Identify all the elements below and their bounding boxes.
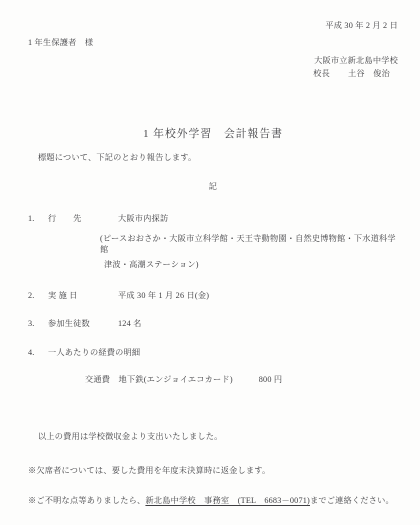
- note-contact-prefix: ※ご不明な点等ありましたら、: [28, 496, 145, 505]
- item-label: 実 施 日: [48, 290, 118, 301]
- item-number: 2.: [28, 290, 48, 301]
- recipient-line: 1 年生保護者 様: [28, 37, 398, 48]
- expense-line: 交通費 地下鉄(エンジョイエコカード)800 円: [85, 374, 398, 385]
- item-label: 行 先: [48, 213, 118, 224]
- item-participants: 3. 参加生徒数 124 名: [28, 318, 398, 329]
- expense-amount: 800 円: [259, 374, 283, 385]
- note-contact-suffix: までご連絡ください。: [310, 496, 394, 505]
- record-mark: 記: [28, 181, 398, 192]
- principal-name: 土谷 俊治: [348, 69, 390, 78]
- school-name: 大阪市立新北島中学校: [28, 55, 398, 66]
- item-number: 3.: [28, 318, 48, 329]
- item-label: 参加生徒数: [48, 318, 118, 329]
- expense-item: 交通費 地下鉄(エンジョイエコカード): [85, 375, 233, 384]
- venue-detail-line-1: (ピースおおさか・大阪市立科学館・天王寺動物園・自然史博物館・下水道科学館: [100, 233, 398, 255]
- note-contact: ※ご不明な点等ありましたら、新北島中学校 事務室 (TEL 6683－0071)…: [28, 495, 398, 506]
- closing-line: 以上の費用は学校徴収金より支出いたしました。: [38, 431, 398, 442]
- item-date: 2. 実 施 日 平成 30 年 1 月 26 日(金): [28, 290, 398, 301]
- contact-underline: 新北島中学校 事務室 (TEL 6683－0071): [145, 496, 310, 505]
- document-page: 平成 30 年 2 月 2 日 1 年生保護者 様 大阪市立新北島中学校 校長土…: [0, 0, 420, 525]
- item-value: 平成 30 年 1 月 26 日(金): [118, 290, 209, 301]
- item-value: 大阪市内探訪: [118, 213, 168, 224]
- intro-line: 標題について、下記のとおり報告します。: [38, 152, 398, 163]
- note-refund: ※欠席者については、要した費用を年度末決算時に返金します。: [28, 465, 398, 476]
- principal-title: 校長: [313, 69, 330, 78]
- principal-line: 校長土谷 俊治: [28, 68, 398, 79]
- date-line: 平成 30 年 2 月 2 日: [28, 20, 398, 31]
- item-number: 1.: [28, 213, 48, 224]
- document-title: 1 年校外学習 会計報告書: [28, 127, 398, 141]
- item-number: 4.: [28, 347, 48, 358]
- item-value: 124 名: [118, 318, 142, 329]
- item-label: 一人あたりの経費の明細: [48, 347, 140, 358]
- item-destination: 1. 行 先 大阪市内探訪: [28, 213, 398, 224]
- venue-detail-line-2: 津波・高潮ステーション): [104, 259, 398, 270]
- item-expense-breakdown: 4. 一人あたりの経費の明細: [28, 347, 398, 358]
